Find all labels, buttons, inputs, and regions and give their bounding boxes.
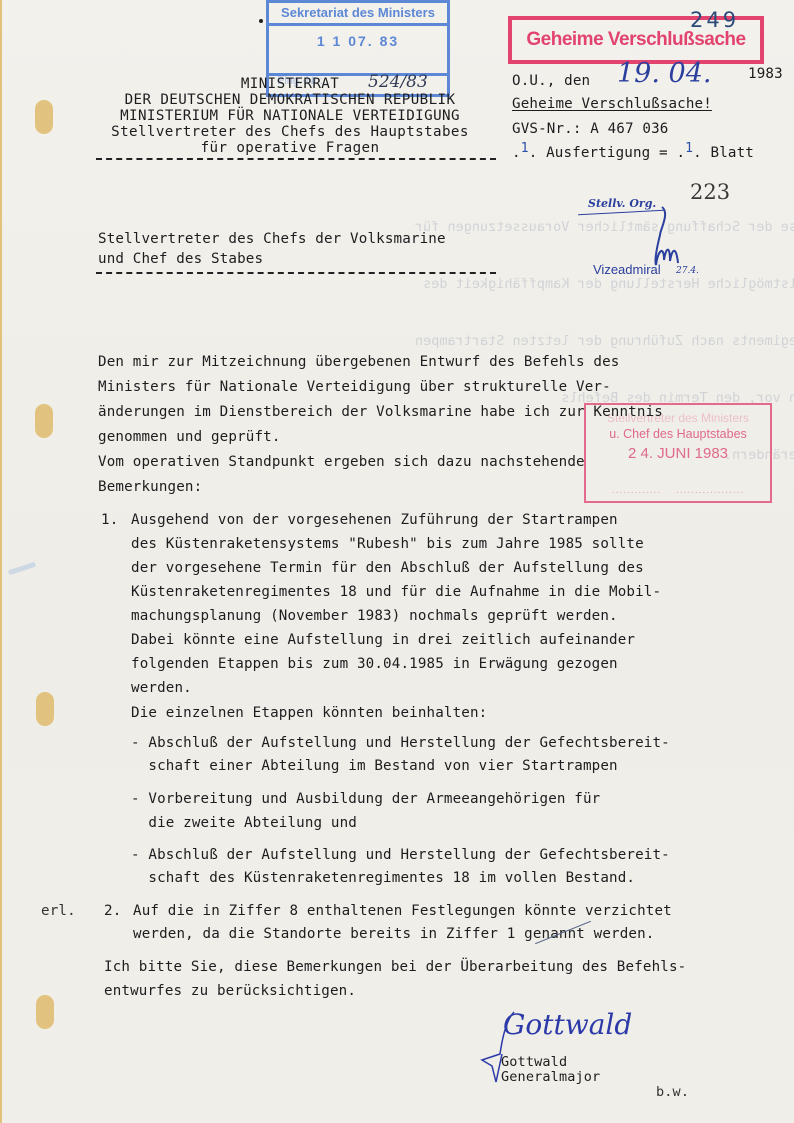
letterhead-deputy: Stellvertreter des Chefs des Hauptstabes <box>84 124 496 141</box>
page-number-handwritten: 249 <box>690 8 739 32</box>
letterhead-ministry: MINISTERIUM FÜR NATIONALE VERTEIDIGUNG <box>84 108 496 125</box>
deputy-stamp-date: 2 4. JUNI 1983 <box>586 445 770 462</box>
date-handwritten: 19. 04. <box>617 58 711 89</box>
punch-hole <box>36 692 54 726</box>
document-page: Im Interesse der Schaffung sämtlicher Vo… <box>0 0 794 1123</box>
point2-number: 2. <box>104 903 121 919</box>
point1-number: 1. <box>101 512 118 528</box>
ghost-line: gesamten Regiments nach Zuführung der le… <box>415 332 794 351</box>
bullet-item-line: - Abschluß der Aufstellung und Herstellu… <box>131 735 670 751</box>
point1-line: folgenden Etappen bis zum 30.04.1985 in … <box>131 656 618 672</box>
intro-line: Bemerkungen: <box>98 479 202 495</box>
ghost-line: die schnellstmögliche Herstellung der Ka… <box>415 275 794 294</box>
intro-line: Den mir zur Mitzeichnung übergebenen Ent… <box>98 354 620 370</box>
copy-line-mid: . Ausfertigung = . <box>529 145 685 161</box>
point1-line: der vorgesehene Termin für den Abschluß … <box>131 560 644 576</box>
ghost-line: Im Interesse der Schaffung sämtlicher Vo… <box>415 218 794 237</box>
sheet-count-handwritten: 1 <box>685 141 693 156</box>
signatory-name: Gottwald <box>501 1054 567 1070</box>
point1-line: des Küstenraketensystems "Rubesh" bis zu… <box>131 536 644 552</box>
point1-line: werden. <box>131 680 192 696</box>
intro-line: änderungen im Dienstbereich der Volksmar… <box>98 404 663 420</box>
letterhead-ministerrat: MINISTERRAT <box>84 76 496 93</box>
punch-hole <box>35 100 53 134</box>
point1-line: Die einzelnen Etappen könnten beinhalten… <box>131 705 487 721</box>
initials-date: 27.4. <box>676 266 699 276</box>
reference-number-handwritten: 223 <box>690 180 730 204</box>
bullet-item-line: - Abschluß der Aufstellung und Herstellu… <box>131 847 670 863</box>
deputy-stamp-line2: u. Chef des Hauptstabes <box>586 427 770 441</box>
ink-dot <box>259 19 263 23</box>
point1-line: Ausgehend von der vorgesehenen Zuführung… <box>131 512 618 528</box>
point2-line: werden, da die Standorte bereits in Ziff… <box>133 926 655 942</box>
letterhead-department: für operative Fragen <box>84 140 496 157</box>
point1-line: Küstenraketenregimentes 18 und für die A… <box>131 584 661 600</box>
deputy-stamp-dotted-lines: ............. .................. <box>586 485 770 496</box>
point1-line: machungsplanung (November 1983) nochmals… <box>131 608 618 624</box>
point2-line: Auf die in Ziffer 8 enthaltenen Festlegu… <box>133 903 672 919</box>
letterhead-ddr: DER DEUTSCHEN DEMOKRATISCHEN REPUBLIK <box>84 92 496 109</box>
date-year: 1983 <box>748 66 783 82</box>
closing-line: Ich bitte Sie, diese Bemerkungen bei der… <box>104 959 686 975</box>
intro-line: Ministers für Nationale Verteidigung übe… <box>98 379 611 395</box>
gvs-number: GVS-Nr.: A 467 036 <box>512 121 668 137</box>
copy-dot: . <box>512 145 521 161</box>
point1-line: Dabei könnte eine Aufstellung in drei ze… <box>131 632 635 648</box>
punch-hole <box>36 995 54 1029</box>
page-edge <box>0 0 2 1123</box>
place-date-prefix: O.U., den <box>512 73 590 89</box>
recipient-rule <box>96 272 496 274</box>
signatory-rank: Generalmajor <box>501 1069 600 1085</box>
margin-note-erl: erl. <box>41 903 76 919</box>
letterhead-rule <box>96 158 496 160</box>
recipient-line-1: Stellvertreter des Chefs der Volksmarine <box>98 231 446 247</box>
intro-line: genommen und geprüft. <box>98 429 281 445</box>
bullet-item-line: schaft des Küstenraketenregimentes 18 im… <box>131 870 635 886</box>
initials-rank: Vizeadmiral <box>593 262 661 277</box>
received-stamp-title: Sekretariat des Ministers <box>269 3 447 26</box>
closing-line: entwurfes zu berücksichtigen. <box>104 983 356 999</box>
received-stamp-date: 1 1 07. 83 <box>269 33 447 49</box>
copy-line-suffix: . Blatt <box>693 145 754 161</box>
classification-line: Geheime Verschlußsache! <box>512 96 712 112</box>
copy-number-handwritten: 1 <box>521 141 529 156</box>
bullet-item-line: schaft einer Abteilung im Bestand von vi… <box>131 758 618 774</box>
margin-scribble <box>8 562 36 575</box>
copy-line: .1. Ausfertigung = .1. Blatt <box>512 145 754 161</box>
bullet-item-line: die zweite Abteilung und <box>131 815 357 831</box>
turn-over-note: b.w. <box>656 1084 689 1100</box>
signature-handwritten: Gottwald <box>503 1008 632 1041</box>
recipient-line-2: und Chef des Stabes <box>98 251 263 267</box>
punch-hole <box>35 404 53 438</box>
intro-line: Vom operativen Standpunkt ergeben sich d… <box>98 454 585 470</box>
bullet-item-line: - Vorbereitung und Ausbildung der Armeea… <box>131 791 600 807</box>
